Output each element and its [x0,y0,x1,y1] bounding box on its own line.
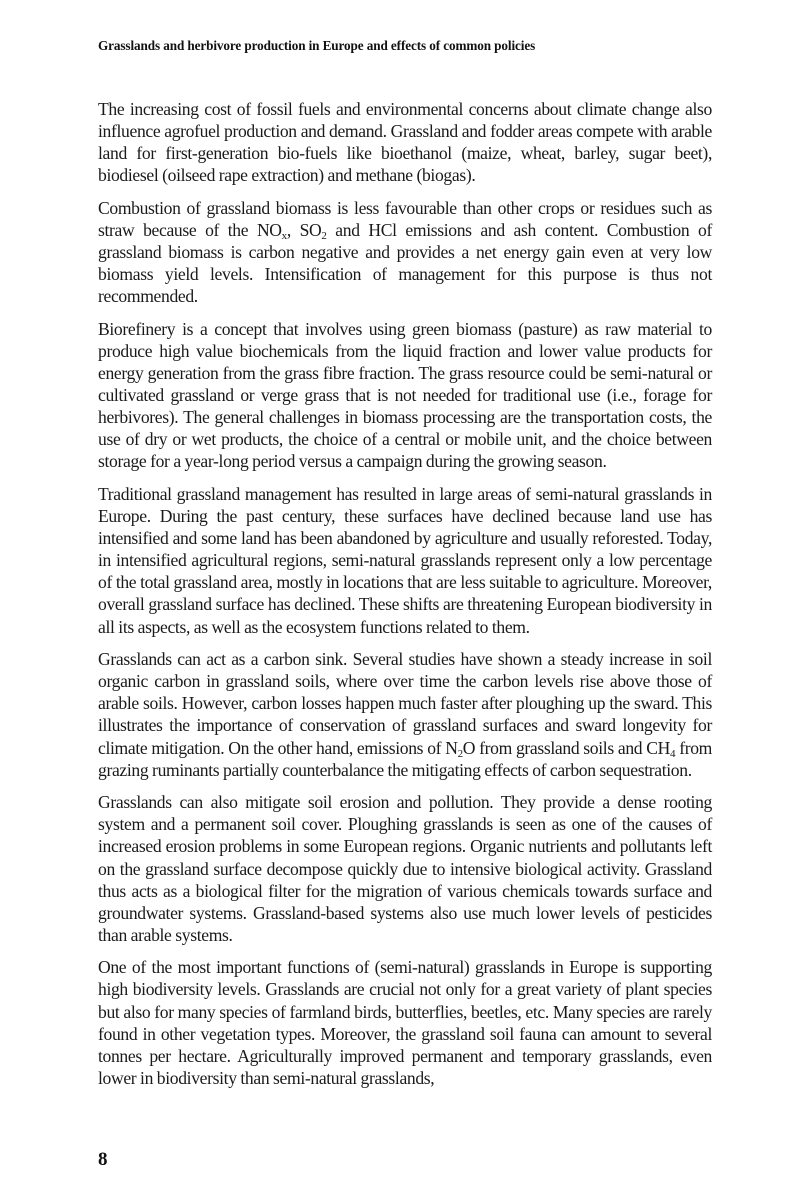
paragraph-biodiversity: One of the most important functions of (… [98,956,712,1089]
paragraph-biorefinery: Biorefinery is a concept that involves u… [98,318,712,473]
subscript: 4 [670,748,675,760]
subscript: x [282,230,287,242]
body-text: The increasing cost of fossil fuels and … [98,98,712,1099]
subscript: 2 [458,748,463,760]
paragraph-combustion: Combustion of grassland biomass is less … [98,197,712,307]
paragraph-traditional-management: Traditional grassland management has res… [98,483,712,638]
running-header: Grasslands and herbivore production in E… [98,38,718,54]
paragraph-erosion-pollution: Grasslands can also mitigate soil erosio… [98,791,712,946]
page-number: 8 [98,1149,108,1171]
paragraph-carbon-sink: Grasslands can act as a carbon sink. Sev… [98,648,712,781]
paragraph-agrofuel: The increasing cost of fossil fuels and … [98,98,712,186]
document-page: Grasslands and herbivore production in E… [0,0,800,1200]
subscript: 2 [321,230,326,242]
